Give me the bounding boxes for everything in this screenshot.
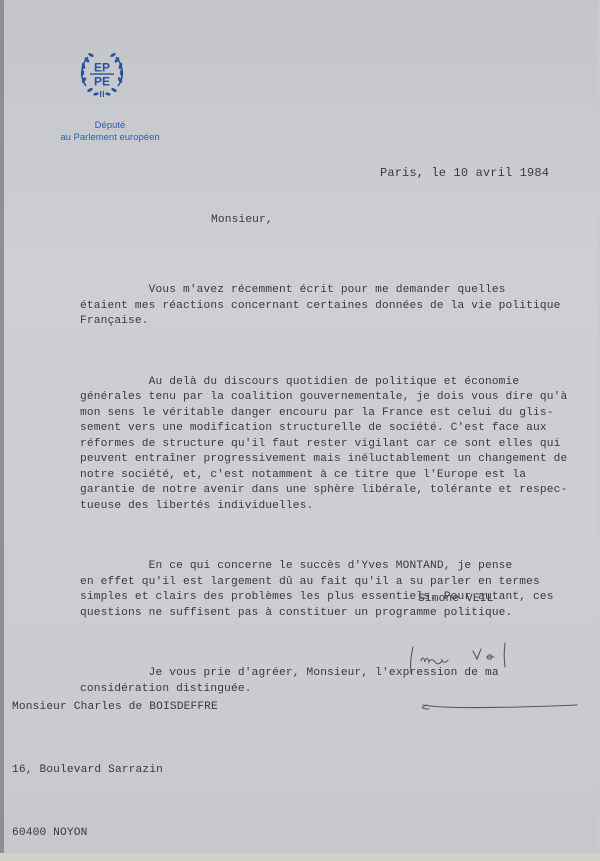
letterhead-line-1: Député <box>40 120 180 132</box>
recipient-city: 60400 NOYON <box>12 823 218 844</box>
recipient-address: Monsieur Charles de BOISDEFFRE 16, Boule… <box>12 655 218 861</box>
svg-text:EP: EP <box>94 61 110 75</box>
paragraph-1: Vous m'avez récemment écrit pour me dema… <box>80 283 567 330</box>
recipient-street: 16, Boulevard Sarrazin <box>12 760 218 781</box>
typed-signature-name: Simone VEIL <box>418 592 494 608</box>
handwritten-signature-icon <box>405 635 585 715</box>
recipient-name: Monsieur Charles de BOISDEFFRE <box>12 697 218 718</box>
paragraph-2: Au delà du discours quotidien de politiq… <box>80 375 567 515</box>
letter-date: Paris, le 10 avril 1984 <box>380 166 549 182</box>
letterhead-line-2: au Parlement européen <box>40 132 180 144</box>
salutation: Monsieur, <box>211 213 273 229</box>
svg-text:PE: PE <box>94 75 110 89</box>
letterhead-title: Député au Parlement européen <box>40 120 180 144</box>
paragraph-3: En ce qui concerne le succès d'Yves MONT… <box>80 559 567 621</box>
eppe-wreath-logo-icon: EP PE <box>76 48 128 100</box>
